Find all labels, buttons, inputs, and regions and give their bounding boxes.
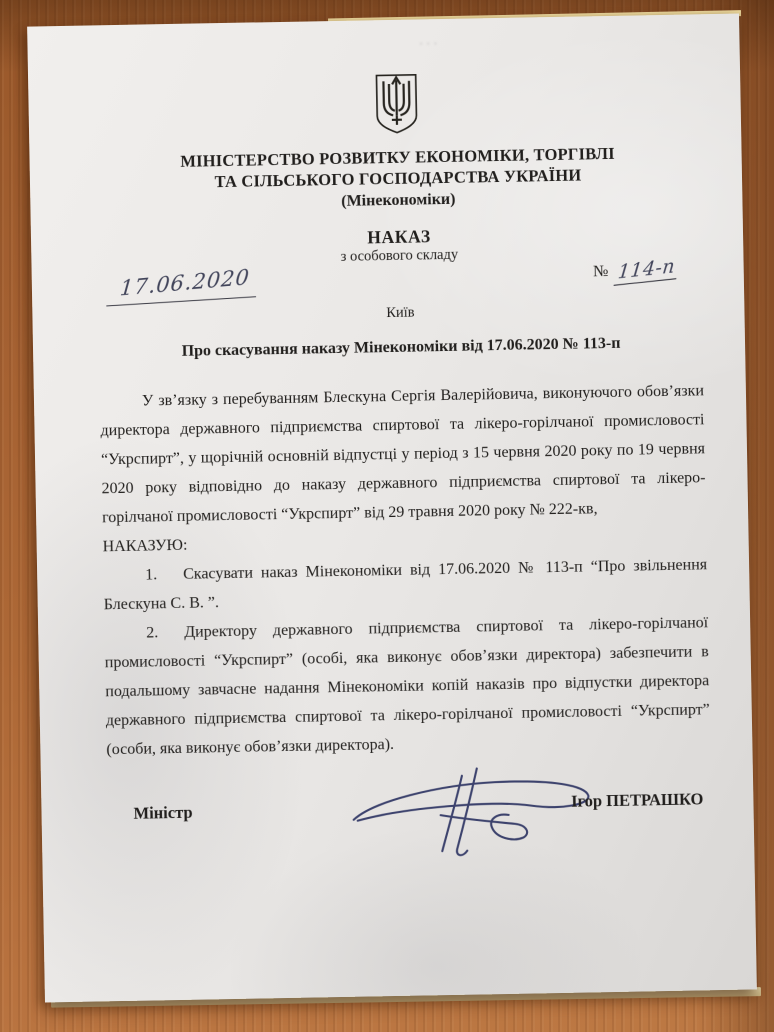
signatory-name: Ігор ПЕТРАШКО bbox=[571, 789, 704, 811]
ukraine-trident-emblem-icon bbox=[373, 72, 420, 135]
minister-signature-icon bbox=[345, 751, 605, 862]
doc-number-group: № 114-п bbox=[593, 258, 678, 284]
item-1-text: Скасувати наказ Мінекономіки від 17.06.2… bbox=[104, 556, 708, 613]
document-photo: ··· МІНІСТЕРСТВО РОЗВИТКУ ЕКОН bbox=[27, 14, 757, 1003]
item-1-number: 1. bbox=[145, 566, 157, 583]
order-body: У зв’язку з перебуванням Блескуна Сергія… bbox=[100, 376, 711, 764]
paper-sheet: ··· МІНІСТЕРСТВО РОЗВИТКУ ЕКОН bbox=[27, 14, 757, 1003]
bleedthrough-mark: ··· bbox=[419, 39, 465, 56]
signature-block: Міністр Ігор ПЕТРАШКО bbox=[107, 789, 711, 830]
document-content: ··· МІНІСТЕРСТВО РОЗВИТКУ ЕКОН bbox=[27, 14, 757, 1003]
preamble-paragraph: У зв’язку з перебуванням Блескуна Сергія… bbox=[100, 376, 707, 532]
item-2-text: Директору державного підприємства спирто… bbox=[105, 614, 710, 758]
item-2-number: 2. bbox=[146, 624, 158, 641]
handwritten-doc-number: 114-п bbox=[613, 255, 679, 286]
doc-number-label: № bbox=[593, 263, 609, 280]
subject-line: Про скасування наказу Мінекономіки від 1… bbox=[99, 332, 703, 363]
wooden-table-background: ··· МІНІСТЕРСТВО РОЗВИТКУ ЕКОН bbox=[0, 0, 774, 1032]
minister-title: Міністр bbox=[133, 803, 192, 824]
order-item-2: 2.Директору державного підприємства спир… bbox=[104, 608, 711, 764]
handwritten-date: 17.06.2020 bbox=[119, 265, 249, 301]
